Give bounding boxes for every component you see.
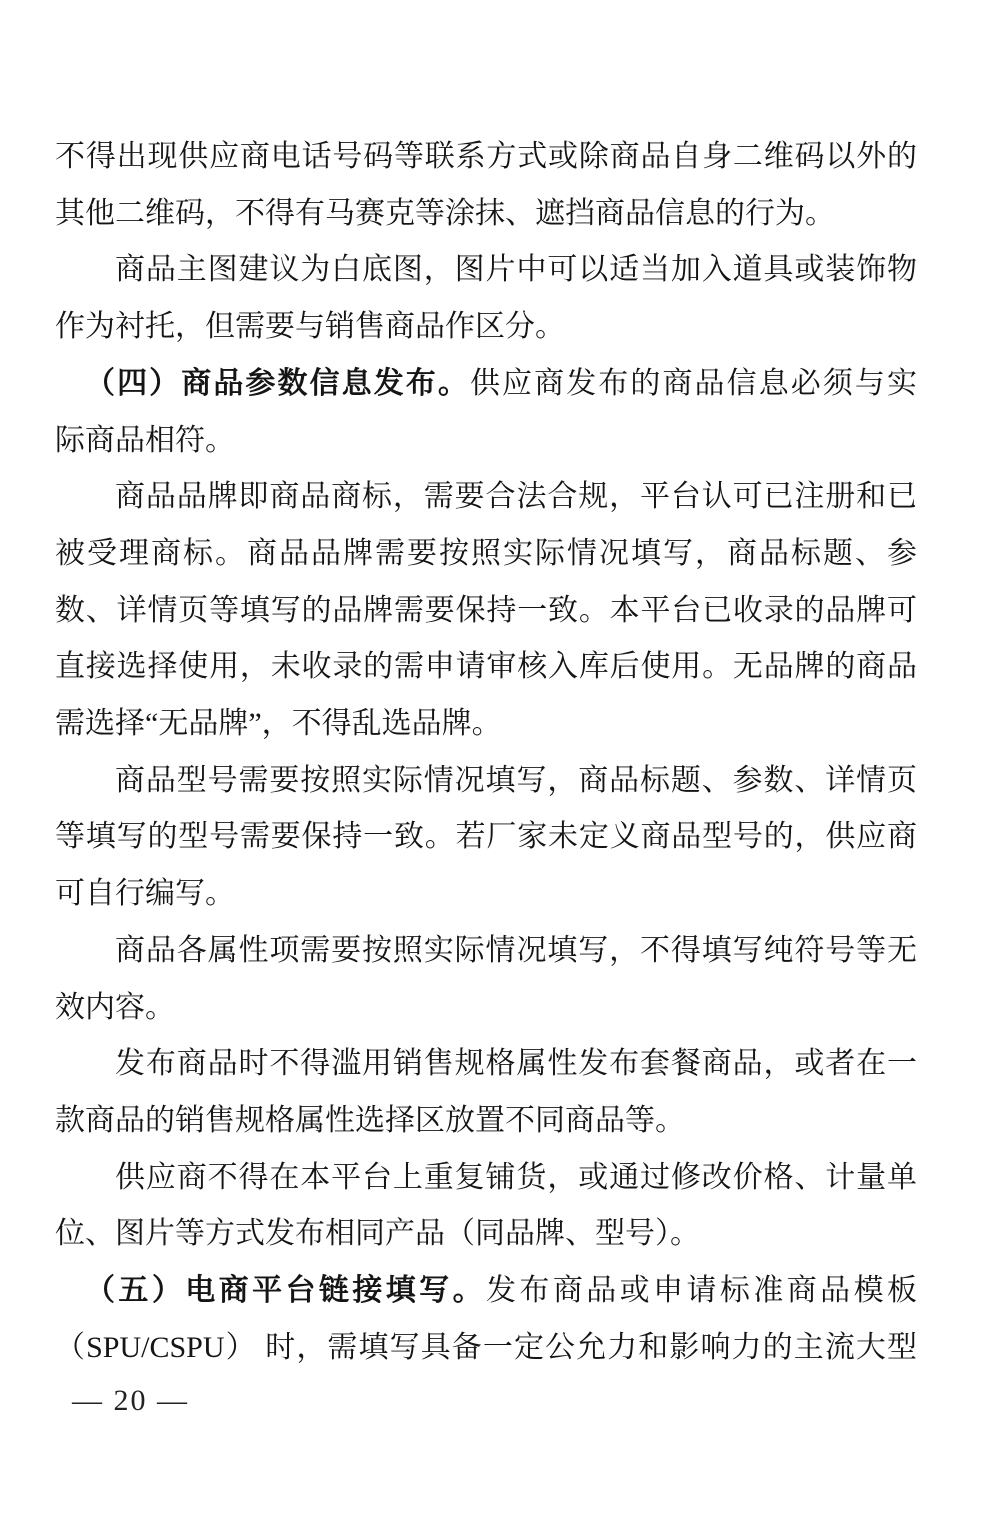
text-line: 位、图片等方式发布相同产品（同品牌、型号）。 [55,1206,917,1263]
text-line: 款商品的销售规格属性选择区放置不同商品等。 [55,1093,917,1150]
text-segment: 供应商发布的商品信息必须与实 [470,367,917,400]
text-segment: 等填写的型号需要保持一致。若厂家未定义商品型号的，供应商 [55,820,917,853]
section-heading: （五）电商平台链接填写。 [85,1274,486,1307]
text-segment: 直接选择使用，未收录的需申请审核入库后使用。无品牌的商品 [55,650,917,683]
text-line: 商品品牌即商品商标，需要合法合规，平台认可已注册和已 [55,469,917,526]
text-line: 被受理商标。商品品牌需要按照实际情况填写，商品标题、参 [55,526,917,583]
document-page: 不得出现供应商电话号码等联系方式或除商品自身二维码以外的其他二维码，不得有马赛克… [0,0,1005,1521]
text-segment: 商品各属性项需要按照实际情况填写，不得填写纯符号等无 [115,934,917,967]
text-line: 作为衬托，但需要与销售商品作区分。 [55,299,917,356]
text-segment: 数、详情页等填写的品牌需要保持一致。本平台已收录的品牌可 [55,594,917,627]
text-segment: 需选择“无品牌”，不得乱选品牌。 [55,707,502,740]
text-line: 效内容。 [55,980,917,1037]
text-segment: 不得出现供应商电话号码等联系方式或除商品自身二维码以外的 [55,140,917,173]
text-segment: 位、图片等方式发布相同产品（同品牌、型号）。 [55,1217,700,1250]
text-line: 供应商不得在本平台上重复铺货，或通过修改价格、计量单 [55,1150,917,1207]
text-segment: 可自行编写。 [55,877,235,910]
text-segment: 作为衬托，但需要与销售商品作区分。 [55,310,565,343]
text-line: 需选择“无品牌”，不得乱选品牌。 [55,696,917,753]
text-line: 可自行编写。 [55,866,917,923]
text-segment: 其他二维码，不得有马赛克等涂抹、遮挡商品信息的行为。 [55,197,835,230]
text-line: 等填写的型号需要保持一致。若厂家未定义商品型号的，供应商 [55,809,917,866]
text-segment: 效内容。 [55,991,175,1024]
text-line: 数、详情页等填写的品牌需要保持一致。本平台已收录的品牌可 [55,583,917,640]
text-segment: 商品型号需要按照实际情况填写，商品标题、参数、详情页 [115,764,917,797]
text-line: （五）电商平台链接填写。发布商品或申请标准商品模板 [55,1263,917,1320]
text-segment: 商品品牌即商品商标，需要合法合规，平台认可已注册和已 [115,480,917,513]
text-line: 不得出现供应商电话号码等联系方式或除商品自身二维码以外的 [55,129,917,186]
text-line: 发布商品时不得滥用销售规格属性发布套餐商品，或者在一 [55,1036,917,1093]
text-segment: 款商品的销售规格属性选择区放置不同商品等。 [55,1104,685,1137]
document-body: 不得出现供应商电话号码等联系方式或除商品自身二维码以外的其他二维码，不得有马赛克… [55,129,917,1376]
text-segment: 供应商不得在本平台上重复铺货，或通过修改价格、计量单 [115,1161,917,1194]
text-line: （SPU/CSPU） 时，需填写具备一定公允力和影响力的主流大型 [55,1320,917,1377]
text-segment: 被受理商标。商品品牌需要按照实际情况填写，商品标题、参 [55,537,917,570]
page-number: — 20 — [72,1384,189,1418]
text-line: 商品各属性项需要按照实际情况填写，不得填写纯符号等无 [55,923,917,980]
text-line: 商品主图建议为白底图，图片中可以适当加入道具或装饰物 [55,242,917,299]
section-heading: （四）商品参数信息发布。 [85,367,470,400]
text-segment: 发布商品或申请标准商品模板 [486,1274,917,1307]
text-segment: 商品主图建议为白底图，图片中可以适当加入道具或装饰物 [115,253,917,286]
text-segment: 际商品相符。 [55,424,235,457]
text-line: 际商品相符。 [55,413,917,470]
text-line: 直接选择使用，未收录的需申请审核入库后使用。无品牌的商品 [55,639,917,696]
text-line: 其他二维码，不得有马赛克等涂抹、遮挡商品信息的行为。 [55,186,917,243]
text-line: 商品型号需要按照实际情况填写，商品标题、参数、详情页 [55,753,917,810]
text-line: （四）商品参数信息发布。供应商发布的商品信息必须与实 [55,356,917,413]
text-segment: 发布商品时不得滥用销售规格属性发布套餐商品，或者在一 [115,1047,917,1080]
text-segment: （SPU/CSPU） 时，需填写具备一定公允力和影响力的主流大型 [55,1331,917,1364]
